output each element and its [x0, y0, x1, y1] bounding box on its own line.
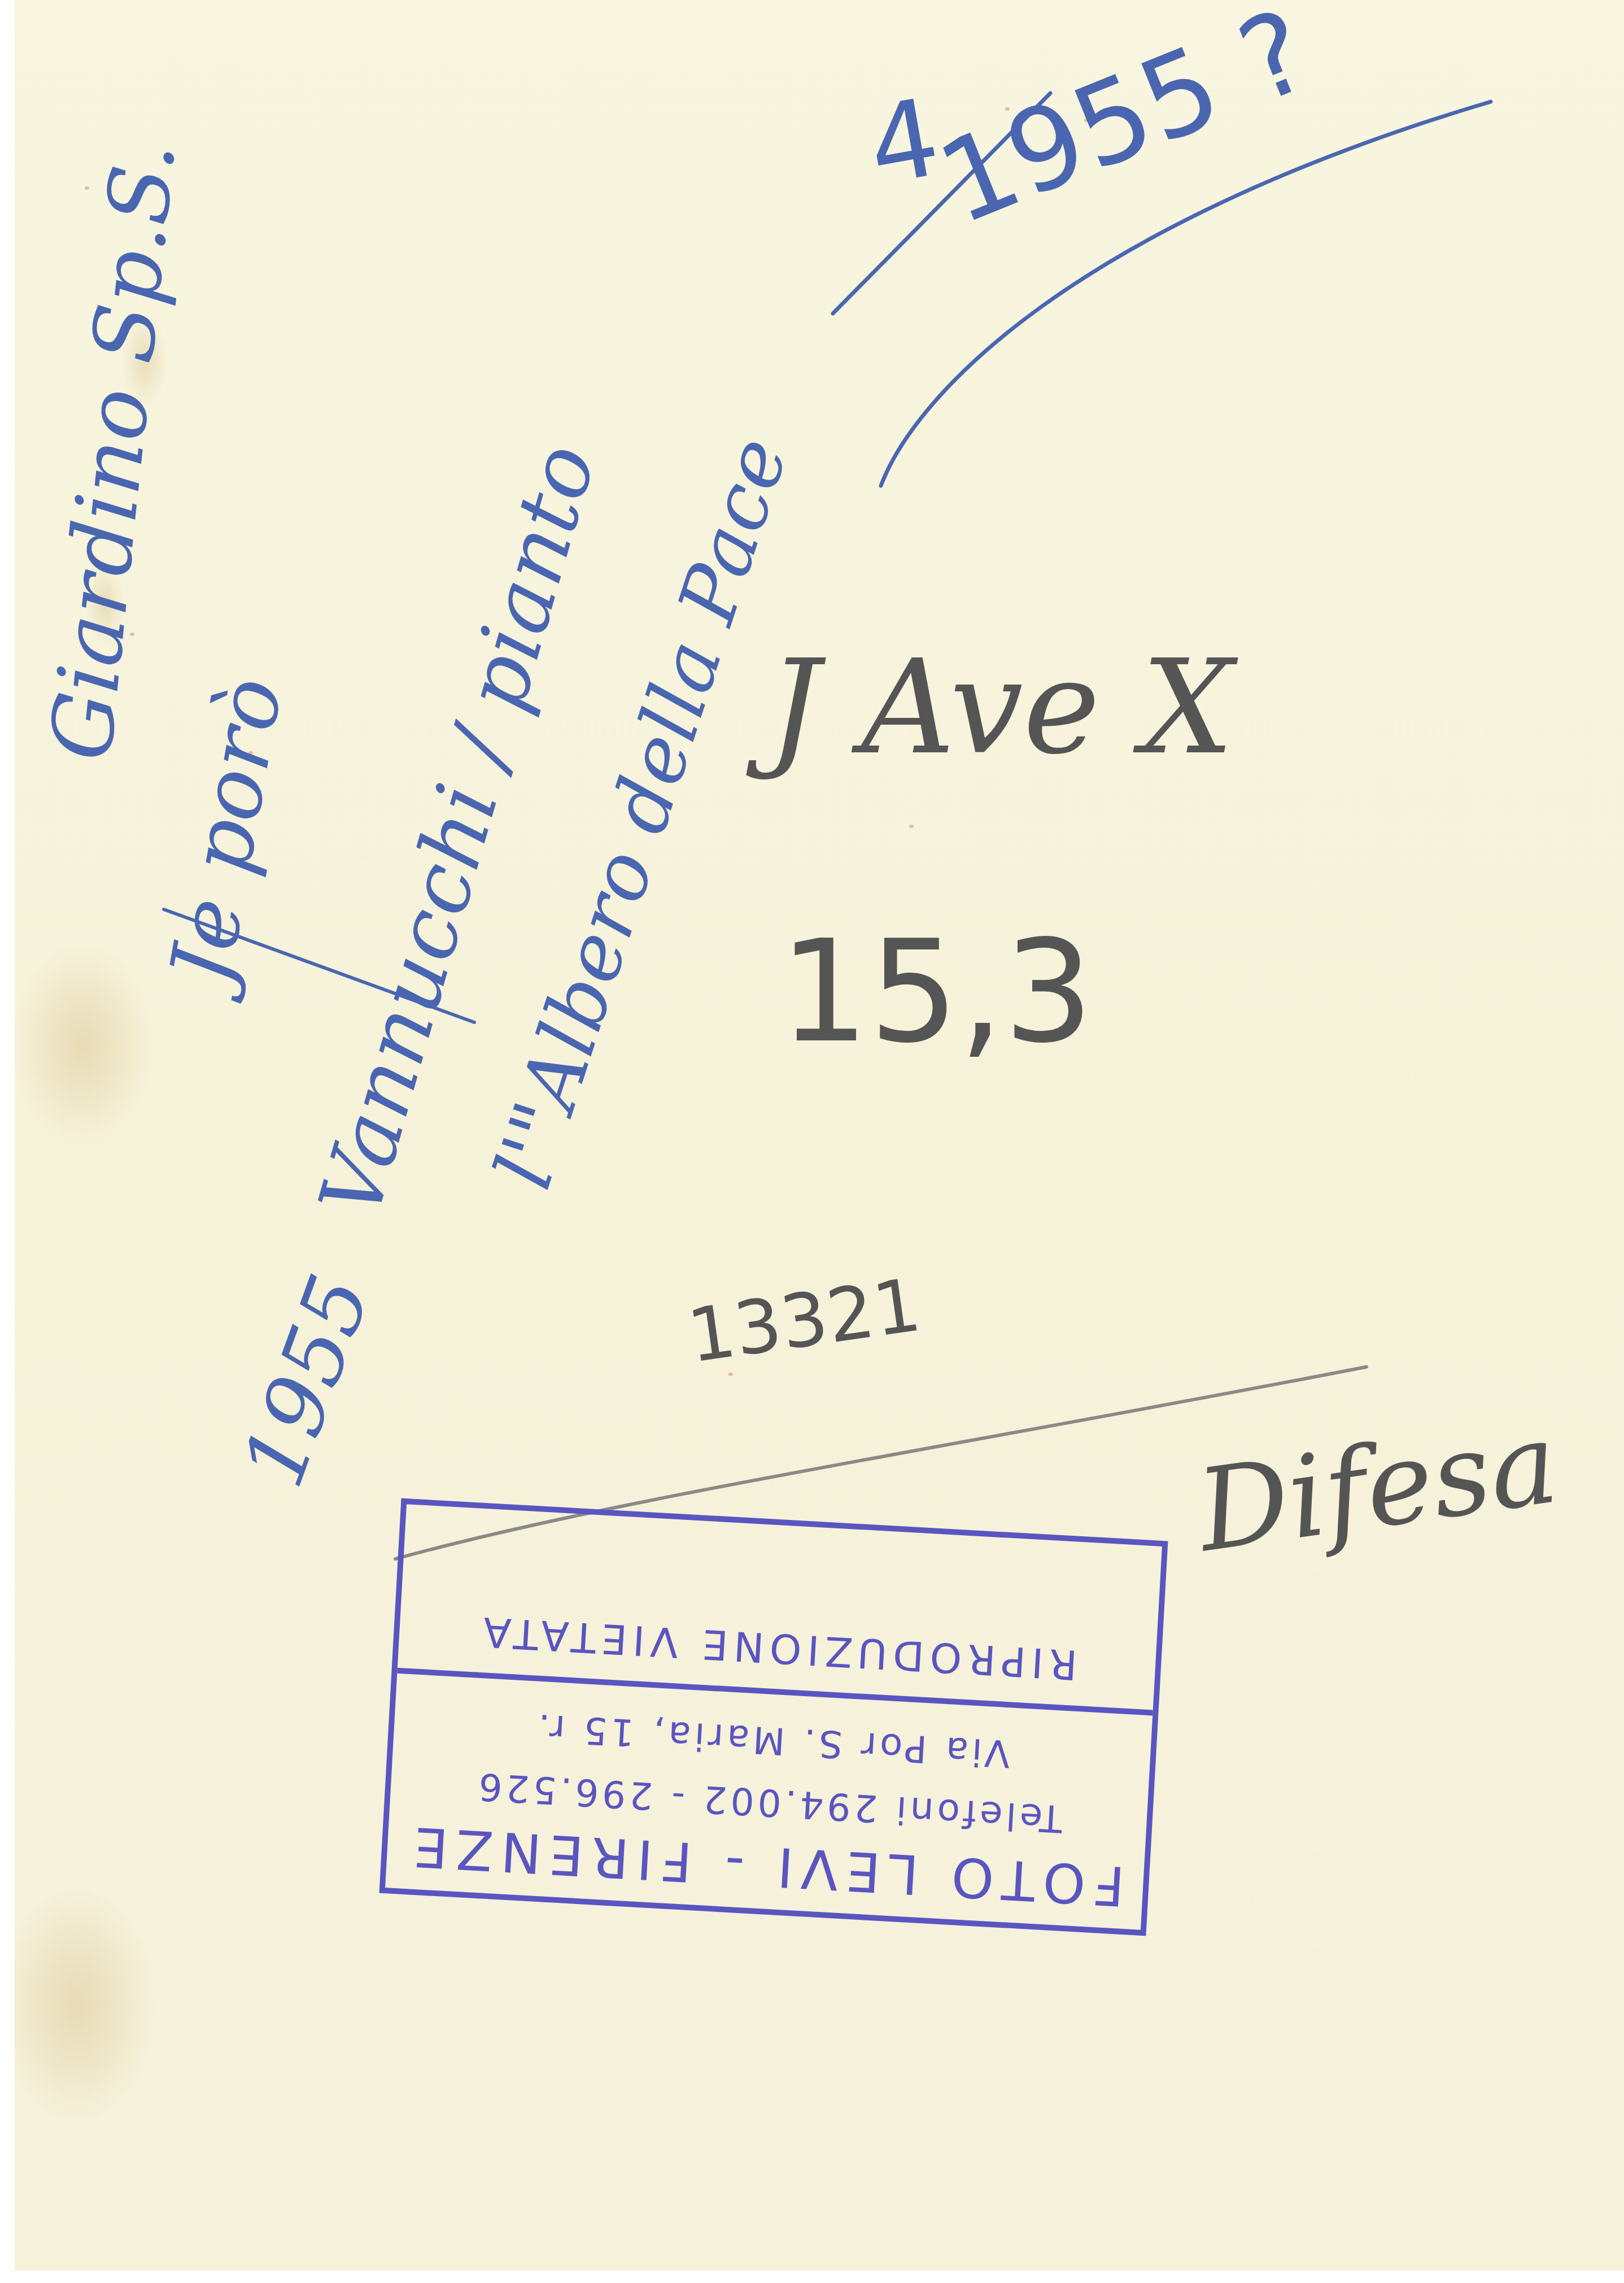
foxing-spot — [85, 186, 89, 190]
pencil-note-measure: 15,3 — [779, 909, 1094, 1074]
foxing-spot — [909, 825, 914, 828]
photo-back-paper — [15, 0, 1624, 2271]
pencil-note-ave: J Ave X — [768, 633, 1234, 783]
photographer-stamp: FOTO LEVI - FIRENZE Telefoni 294.002 - 2… — [379, 1498, 1168, 1936]
